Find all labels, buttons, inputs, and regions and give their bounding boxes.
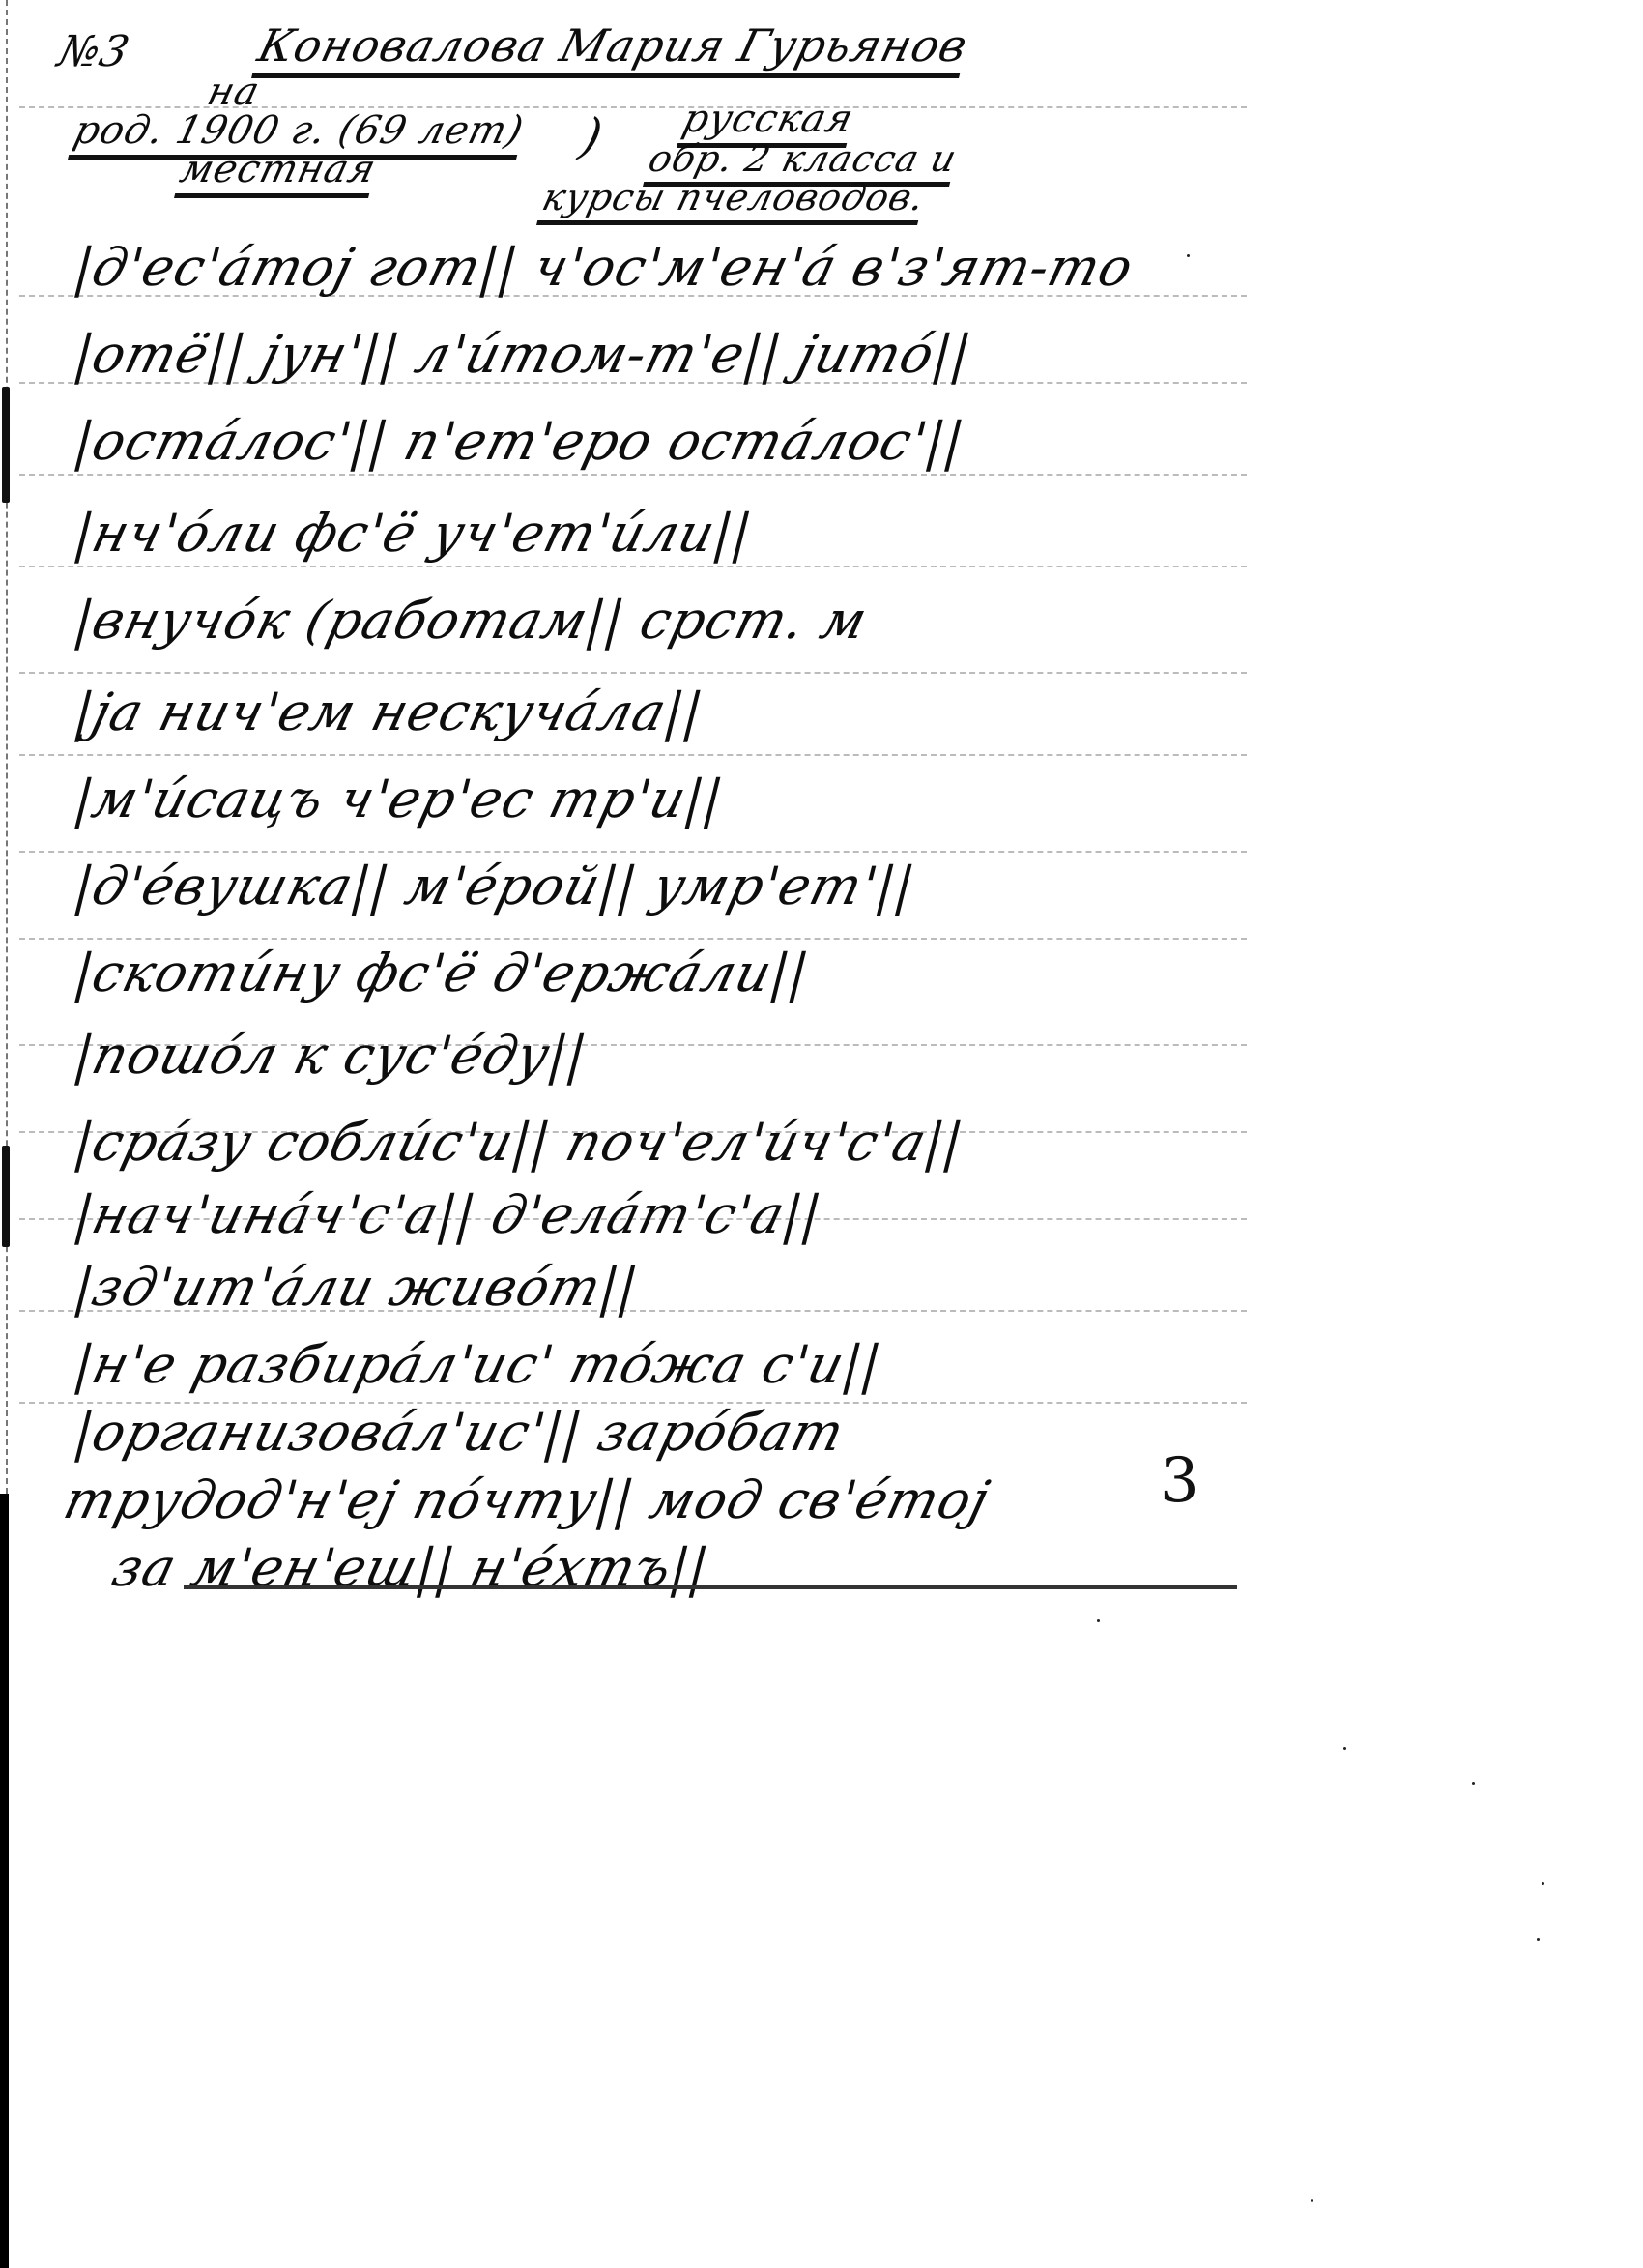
transcript-line: |зд'ит'а́ли живо́т||: [68, 1257, 645, 1318]
scan-speck: [1472, 1782, 1475, 1785]
transcript-line: |сра́зу собли́с'и|| поч'ел'и́ч'с'а||: [68, 1112, 970, 1173]
ruled-line: [19, 672, 1247, 674]
ruled-line: [19, 851, 1247, 853]
scanned-page: №3 Коновалова Мария Гурьянов на род. 190…: [0, 0, 1643, 2268]
scan-speck: [1097, 1619, 1100, 1622]
transcript-line: |внучо́к (работам|| срст. м: [68, 590, 874, 651]
ruled-line: [19, 938, 1247, 940]
transcript-line: |д'е́вушка|| м'е́рой|| умр'ет'||: [68, 856, 922, 916]
transcript-line: |д'ес'а́тоj гот|| ч'ос'м'ен'а́ в'з'ят-то: [68, 237, 1139, 298]
ruled-line: [19, 566, 1247, 567]
scan-edge-bar: [0, 1494, 9, 2268]
transcript-line: |пошо́л к сус'е́ду||: [68, 1025, 593, 1086]
end-rule: [184, 1585, 1237, 1589]
ruled-line: [19, 474, 1247, 476]
record-number: №3: [53, 27, 134, 76]
origin-label: местная: [174, 147, 381, 198]
scan-speck: [1343, 1747, 1346, 1750]
transcript-line: трудод'н'еj по́чту|| мод св'е́тоj: [58, 1469, 995, 1530]
closing-paren: ): [575, 108, 609, 164]
courses-label: курсы пчеловодов.: [536, 176, 930, 225]
transcript-line: |нч'о́ли фс'ё уч'ет'и́ли||: [68, 503, 759, 564]
margin-bracket-mark: [2, 387, 10, 503]
scan-speck: [1537, 1938, 1540, 1941]
transcript-line: |организова́л'ис'|| заро́бат: [68, 1402, 850, 1463]
transcript-line: |ja нич'ем нескуча́ла||: [68, 682, 710, 742]
scan-speck: [1542, 1882, 1544, 1885]
transcript-line: |отё|| jун'|| л'и́том-т'е|| jито́||: [68, 324, 978, 385]
scan-speck: [1311, 2199, 1313, 2202]
left-margin-line: [6, 0, 8, 1494]
informant-name: Коновалова Мария Гурьянов: [251, 19, 973, 78]
transcript-line: |м'и́сацъ ч'ер'ес тр'и||: [68, 769, 731, 829]
scan-speck: [1187, 254, 1190, 257]
ruled-line: [19, 754, 1247, 756]
transcript-line: |нач'ина́ч'с'а|| д'ела́т'с'а||: [68, 1184, 828, 1245]
transcript-line: |скоти́ну фс'ё д'ержа́ли||: [68, 943, 816, 1003]
margin-bracket-mark: [2, 1146, 10, 1247]
page-number: 3: [1160, 1445, 1199, 1517]
transcript-line: |оста́лос'|| п'ет'еро оста́лос'||: [68, 411, 971, 472]
transcript-line: |н'е разбира́л'ис' то́жа с'и||: [68, 1334, 888, 1395]
